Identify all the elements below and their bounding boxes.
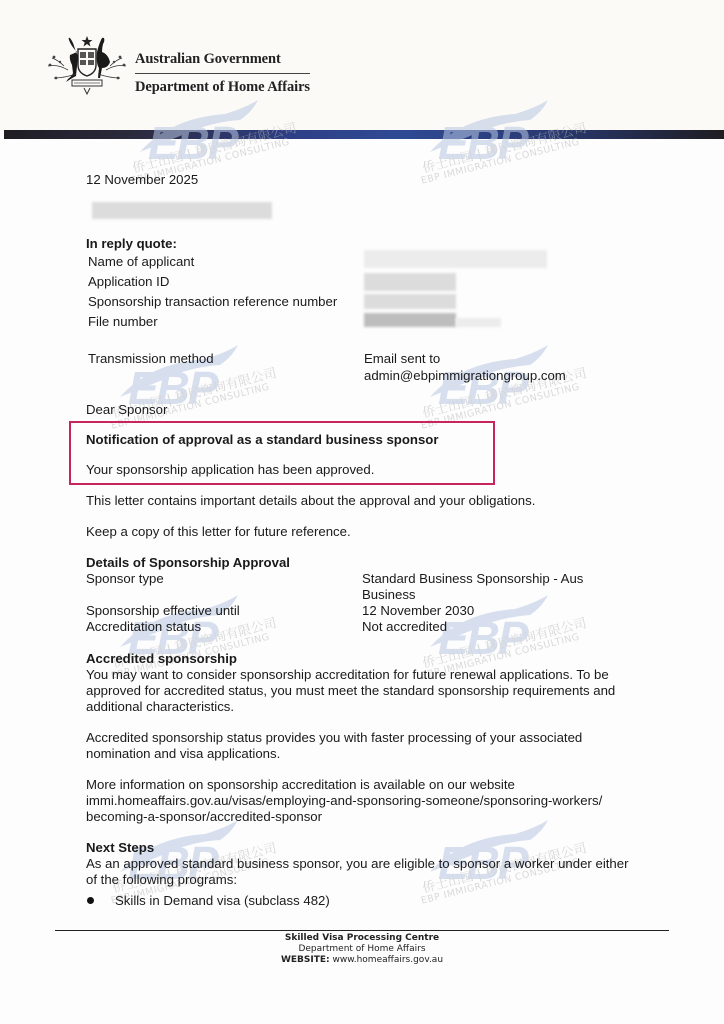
field-label-trn: Sponsorship transaction reference number (88, 294, 337, 310)
next-steps-line2: of the following programs: (86, 872, 237, 888)
redacted-application-id (364, 273, 456, 291)
bullet-icon (87, 897, 94, 904)
details-value-sponsor-type-cont: Business (362, 587, 416, 603)
details-heading: Details of Sponsorship Approval (86, 555, 290, 571)
watermark-english: EBP IMMIGRATION CONSULTING (420, 137, 581, 187)
transmission-email: admin@ebpimmigrationgroup.com (364, 368, 566, 384)
program-item: Skills in Demand visa (subclass 482) (115, 893, 330, 909)
footer-divider (55, 930, 669, 931)
letterhead: Australian Government Department of Home… (0, 0, 724, 130)
footer-centre: Skilled Visa Processing Centre (0, 933, 724, 944)
details-label-sponsor-type: Sponsor type (86, 571, 164, 587)
details-label-effective-until: Sponsorship effective until (86, 603, 240, 619)
transmission-value-line1: Email sent to (364, 351, 440, 367)
accreditation-url-line2: becoming-a-sponsor/accredited-sponsor (86, 809, 322, 825)
coat-of-arms-icon (44, 34, 130, 98)
header-color-bar (4, 130, 724, 139)
accreditation-url-line1: immi.homeaffairs.gov.au/visas/employing-… (86, 793, 602, 809)
approval-heading: Notification of approval as a standard b… (86, 432, 438, 448)
redacted-applicant-name (364, 250, 547, 268)
accredited-heading: Accredited sponsorship (86, 651, 237, 667)
watermark-logo: EBP (438, 611, 527, 665)
redacted-file-number (364, 313, 456, 327)
field-label-applicant: Name of applicant (88, 254, 194, 270)
government-title: Australian Government (135, 51, 281, 68)
intro-line-2: Keep a copy of this letter for future re… (86, 524, 351, 540)
details-value-effective-until: 12 November 2030 (362, 603, 474, 619)
accredited-para1-line2: approved for accredited status, you must… (86, 683, 615, 699)
details-value-sponsor-type: Standard Business Sponsorship - Aus (362, 571, 583, 587)
footer-department: Department of Home Affairs (0, 944, 724, 955)
letter-date: 12 November 2025 (86, 172, 198, 188)
details-label-accreditation: Accreditation status (86, 619, 201, 635)
department-title: Department of Home Affairs (135, 79, 310, 96)
accredited-para2-line1: Accredited sponsorship status provides y… (86, 730, 582, 746)
approval-text: Your sponsorship application has been ap… (86, 462, 374, 478)
accredited-para1-line3: additional characteristics. (86, 699, 234, 715)
next-steps-heading: Next Steps (86, 840, 154, 856)
accredited-para3-line1: More information on sponsorship accredit… (86, 777, 515, 793)
field-label-file-number: File number (88, 314, 158, 330)
header-divider (135, 73, 310, 74)
salutation: Dear Sponsor (86, 402, 167, 418)
accredited-para2-line2: nomination and visa applications. (86, 746, 280, 762)
next-steps-line1: As an approved standard business sponsor… (86, 856, 628, 872)
accredited-para1-line1: You may want to consider sponsorship acc… (86, 667, 609, 683)
footer-website-line: WEBSITE: www.homeaffairs.gov.au (0, 955, 724, 966)
reply-quote-heading: In reply quote: (86, 236, 177, 252)
intro-line-1: This letter contains important details a… (86, 493, 535, 509)
details-value-accreditation: Not accredited (362, 619, 447, 635)
field-label-application-id: Application ID (88, 274, 169, 290)
footer-website-label: WEBSITE: (281, 955, 330, 965)
ebp-watermark: EBP侨士出国 | 移民咨询有限公司EBP IMMIGRATION CONSUL… (420, 820, 610, 940)
redacted-trn (364, 294, 456, 309)
transmission-label: Transmission method (88, 351, 214, 367)
footer-website-link[interactable]: www.homeaffairs.gov.au (332, 955, 443, 965)
redacted-file-number-tail (456, 318, 501, 327)
redacted-addressee (92, 202, 272, 219)
